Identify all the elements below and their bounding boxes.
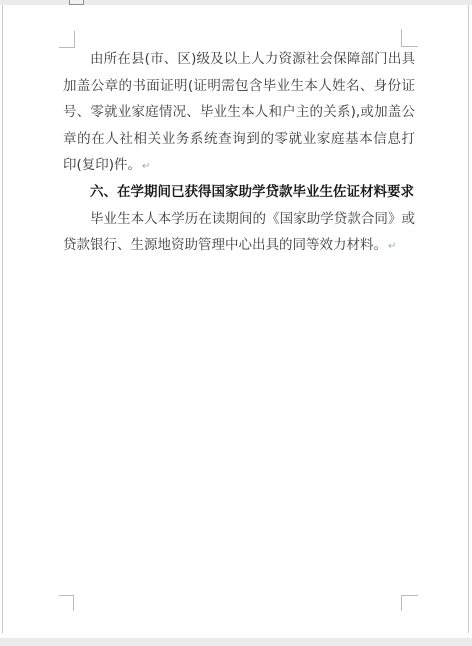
body-text-line[interactable]: 印(复印)件。↵ bbox=[63, 152, 415, 179]
line-text: 号、零就业家庭情况、毕业生本人和户主的关系),或加盖公 bbox=[63, 104, 415, 120]
previous-page-fragment bbox=[69, 0, 84, 5]
page-gap-bottom bbox=[0, 638, 472, 646]
line-text: 六、在学期间已获得国家助学贷款毕业生佐证材料要求 bbox=[63, 184, 414, 200]
document-text-area[interactable]: 由所在县(市、区)级及以上人力资源社会保障部门出具加盖公章的书面证明(证明需包含… bbox=[63, 46, 415, 259]
paragraph-mark-icon: ↵ bbox=[141, 161, 150, 172]
line-text: 印(复印)件。 bbox=[63, 157, 141, 173]
text-boundary-mark-bottom-right bbox=[401, 595, 418, 611]
body-text-line[interactable]: 贷款银行、生源地资助管理中心出具的同等效力材料。↵ bbox=[63, 232, 415, 259]
page-right-edge bbox=[468, 5, 469, 633]
body-text-line[interactable]: 号、零就业家庭情况、毕业生本人和户主的关系),或加盖公 bbox=[63, 99, 415, 126]
page-left-edge bbox=[2, 5, 3, 633]
line-text: 毕业生本人本学历在读期间的《国家助学贷款合同》或 bbox=[90, 211, 415, 227]
paragraph-mark-icon: ↵ bbox=[387, 241, 396, 252]
line-text: 由所在县(市、区)级及以上人力资源社会保障部门出具 bbox=[90, 51, 415, 67]
line-text: 章的在人社相关业务系统查询到的零就业家庭基本信息打 bbox=[63, 131, 415, 147]
line-text: 加盖公章的书面证明(证明需包含毕业生本人姓名、身份证 bbox=[63, 78, 415, 94]
body-text-line[interactable]: 章的在人社相关业务系统查询到的零就业家庭基本信息打 bbox=[63, 126, 415, 153]
line-text: 贷款银行、生源地资助管理中心出具的同等效力材料。 bbox=[63, 237, 387, 253]
heading-line[interactable]: 六、在学期间已获得国家助学贷款毕业生佐证材料要求↵ bbox=[63, 179, 415, 206]
body-text-line[interactable]: 由所在县(市、区)级及以上人力资源社会保障部门出具 bbox=[63, 46, 415, 73]
text-boundary-mark-bottom-left bbox=[59, 595, 74, 611]
text-boundary-mark-top-right bbox=[401, 29, 418, 47]
body-text-line[interactable]: 毕业生本人本学历在读期间的《国家助学贷款合同》或 bbox=[63, 206, 415, 233]
body-text-line[interactable]: 加盖公章的书面证明(证明需包含毕业生本人姓名、身份证 bbox=[63, 73, 415, 100]
paragraph-mark-icon: ↵ bbox=[414, 188, 415, 199]
document-window: 由所在县(市、区)级及以上人力资源社会保障部门出具加盖公章的书面证明(证明需包含… bbox=[0, 0, 472, 646]
